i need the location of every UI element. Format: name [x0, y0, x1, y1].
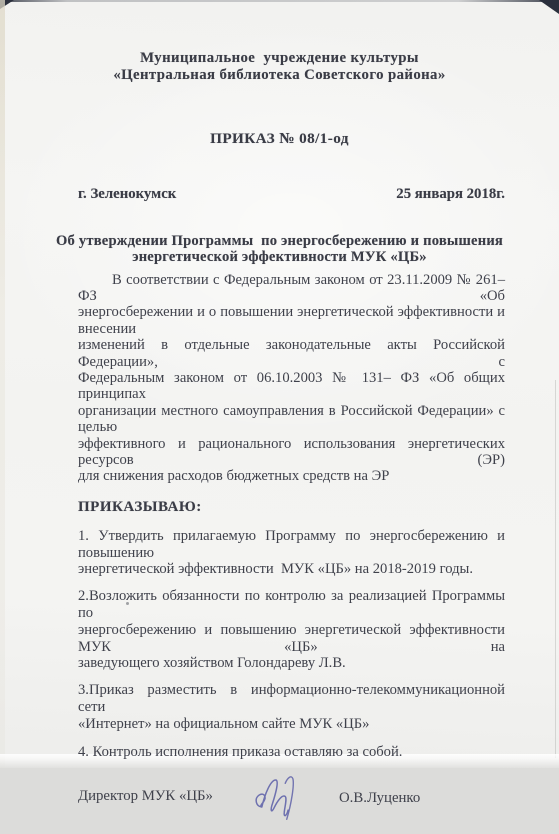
- intro-line: эффективного и рационального использован…: [78, 436, 505, 469]
- city-date-row: г. Зеленокумск 25 января 2018г.: [78, 186, 505, 203]
- order-item-line: 3.Приказ разместить в информационно-теле…: [78, 682, 505, 716]
- scanned-document-sheet: Муниципальное учреждение культуры «Центр…: [0, 0, 559, 768]
- order-item-line: заведующего хозяйством Голондареву Л.В.: [78, 655, 505, 672]
- order-item-3: 3.Приказ разместить в информационно-теле…: [78, 682, 505, 732]
- date-label: 25 января 2018г.: [396, 186, 505, 203]
- scan-corner-top-right: [539, 0, 559, 14]
- document-content: Муниципальное учреждение культуры «Центр…: [78, 50, 505, 768]
- order-item-line: 1. Утвердить прилагаемую Программу по эн…: [78, 528, 505, 562]
- organization-name-line1: Муниципальное учреждение культуры: [0, 50, 559, 67]
- order-item-2: 2.Возложить обязанности по контролю за р…: [78, 588, 505, 672]
- order-number-title: ПРИКАЗ № 08/1-од: [0, 130, 559, 148]
- order-item-line: энергетической эффективности МУК «ЦБ» на…: [78, 561, 505, 578]
- order-item-line: 4. Контроль исполнения приказа оставляю …: [78, 744, 505, 761]
- order-item-line: «Интернет» на официальном сайте МУК «ЦБ»: [78, 716, 505, 733]
- order-item-line: 2.Возложить обязанности по контролю за р…: [78, 588, 505, 622]
- organization-name-line2: «Центральная библиотека Советского район…: [0, 67, 559, 84]
- scan-edge-left-strip: [0, 0, 5, 768]
- intro-line: Федеральным законом от 06.10.2003 № 131–…: [78, 370, 505, 403]
- intro-line: для снижения расходов бюджетных средств …: [78, 468, 505, 484]
- intro-line: энергосбережении и о повышении энергетич…: [78, 304, 505, 337]
- subject-heading: Об утверждении Программы по энергосбереж…: [78, 234, 505, 266]
- intro-line: организации местного самоуправления в Ро…: [78, 403, 505, 436]
- intro-line: изменений в отдельные законодательные ак…: [78, 337, 505, 370]
- order-item-4: 4. Контроль исполнения приказа оставляю …: [78, 744, 505, 761]
- order-item-1: 1. Утвердить прилагаемую Программу по эн…: [78, 528, 505, 578]
- subject-heading-line2: энергетической эффективности МУК «ЦБ»: [0, 250, 559, 266]
- intro-paragraph: В соответствии с Федеральным законом от …: [78, 272, 505, 485]
- scan-top-edge-line: [0, 0, 559, 2]
- order-item-line: энергосбережению и повышению энергетичес…: [78, 622, 505, 656]
- subject-heading-line1: Об утверждении Программы по энергосбереж…: [0, 234, 559, 250]
- intro-line: В соответствии с Федеральным законом от …: [78, 272, 505, 305]
- resolution-heading: ПРИКАЗЫВАЮ:: [78, 499, 505, 516]
- scan-edge-right-line: [555, 380, 556, 758]
- city-label: г. Зеленокумск: [78, 186, 176, 203]
